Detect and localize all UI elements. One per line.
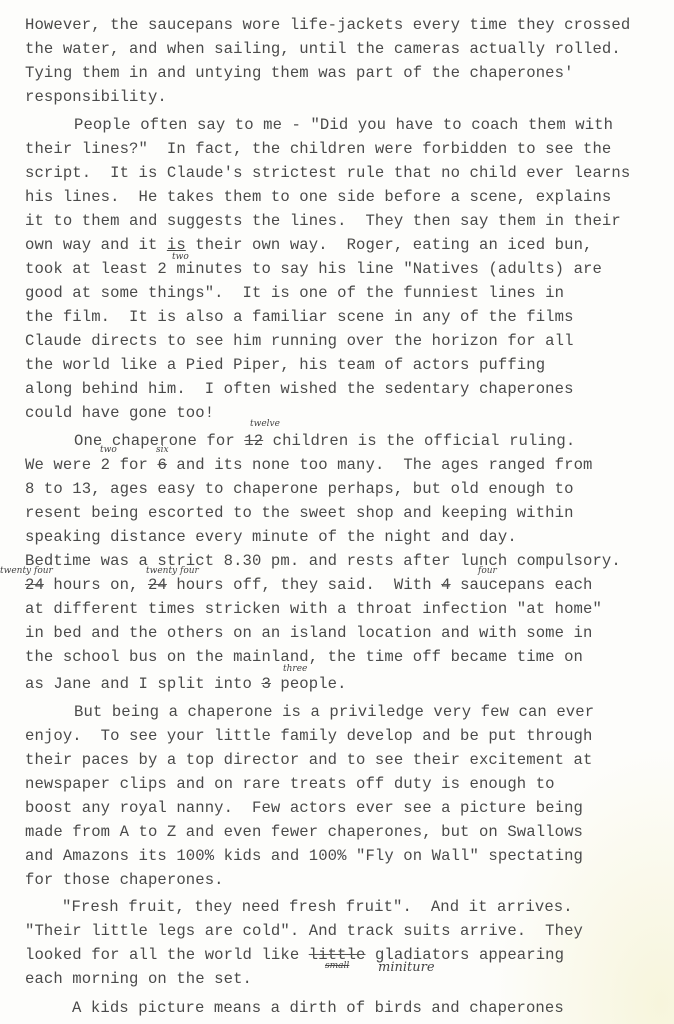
- text-line: his lines. He takes them to one side bef…: [25, 188, 611, 206]
- text-line: One chaperone for 12 children is the off…: [74, 432, 575, 450]
- text-line: the water, and when sailing, until the c…: [25, 40, 621, 58]
- text-segment: and its none too many. The ages ranged f…: [167, 456, 593, 474]
- text-segment: hours on,: [44, 576, 148, 594]
- handwritten-annotation: two: [100, 445, 117, 455]
- text-line: Bedtime was a strict 8.30 pm. and rests …: [25, 552, 621, 570]
- text-line: "Fresh fruit, they need fresh fruit". An…: [62, 898, 573, 916]
- text-line: boost any royal nanny. Few actors ever s…: [25, 799, 583, 817]
- text-line: Claude directs to see him running over t…: [25, 332, 574, 350]
- typewritten-page: However, the saucepans wore life-jackets…: [0, 0, 674, 1024]
- text-line: as Jane and I split into 3 people.: [25, 675, 347, 693]
- text-segment: hours off, they said. With: [167, 576, 441, 594]
- text-line: "Their little legs are cold". And track …: [25, 922, 583, 940]
- handwritten-annotation: four: [478, 566, 497, 576]
- handwritten-annotation: six: [156, 445, 169, 455]
- text-segment: looked for all the world like: [25, 946, 309, 964]
- text-line: enjoy. To see your little family develop…: [25, 727, 592, 745]
- struck-text: 4: [441, 576, 450, 594]
- handwritten-annotation: twenty four: [0, 566, 53, 576]
- text-line: for those chaperones.: [25, 871, 224, 889]
- text-line: However, the saucepans wore life-jackets…: [25, 16, 630, 34]
- text-segment: for: [110, 456, 157, 474]
- text-line: But being a chaperone is a priviledge ve…: [74, 703, 594, 721]
- text-segment: saucepans each: [451, 576, 593, 594]
- struck-text: 6: [157, 456, 166, 474]
- struck-text: 3: [261, 675, 270, 693]
- text-line: looked for all the world like little gla…: [25, 946, 564, 964]
- text-line: People often say to me - "Did you have t…: [74, 116, 613, 134]
- text-line: the film. It is also a familiar scene in…: [25, 308, 574, 326]
- struck-text: 12: [244, 432, 263, 450]
- text-segment: took at least: [25, 260, 157, 278]
- text-line: speaking distance every minute of the ni…: [25, 528, 517, 546]
- struck-text: 24: [25, 576, 44, 594]
- text-line: and Amazons its 100% kids and 100% "Fly …: [25, 847, 583, 865]
- text-line: each morning on the set.: [25, 970, 252, 988]
- handwritten-annotation: twenty four: [146, 566, 199, 576]
- text-line: at different times stricken with a throa…: [25, 600, 602, 618]
- text-line: Tying them in and untying them was part …: [25, 64, 574, 82]
- text-line: 8 to 13, ages easy to chaperone perhaps,…: [25, 480, 574, 498]
- text-line: their paces by a top director and to see…: [25, 751, 592, 769]
- text-line: We were 2 for 6 and its none too many. T…: [25, 456, 593, 474]
- text-segment: children is the official ruling.: [263, 432, 575, 450]
- text-line: own way and it is their own way. Roger, …: [25, 236, 592, 254]
- text-line: 24 hours on, 24 hours off, they said. Wi…: [25, 576, 593, 594]
- text-segment: 2: [101, 456, 110, 474]
- text-line: responsibility.: [25, 88, 167, 106]
- text-line: A kids picture means a dirth of birds an…: [72, 999, 564, 1017]
- text-line: along behind him. I often wished the sed…: [25, 380, 574, 398]
- text-line: took at least 2 minutes to say his line …: [25, 260, 602, 278]
- text-line: the world like a Pied Piper, his team of…: [25, 356, 545, 374]
- handwritten-annotation: miniture: [378, 960, 435, 975]
- text-segment: minutes to say his line "Natives (adults…: [167, 260, 602, 278]
- handwritten-struck-annotation: small: [325, 961, 349, 971]
- text-line: their lines?" In fact, the children were…: [25, 140, 611, 158]
- text-line: good at some things". It is one of the f…: [25, 284, 564, 302]
- text-segment: their own way. Roger, eating an iced bun…: [186, 236, 593, 254]
- text-segment: people.: [271, 675, 347, 693]
- handwritten-annotation: twelve: [250, 419, 280, 429]
- text-line: script. It is Claude's strictest rule th…: [25, 164, 630, 182]
- text-line: in bed and the others on an island locat…: [25, 624, 592, 642]
- text-line: could have gone too!: [25, 404, 214, 422]
- handwritten-annotation: three: [283, 664, 307, 674]
- text-line: it to them and suggests the lines. They …: [25, 212, 621, 230]
- text-line: made from A to Z and even fewer chaperon…: [25, 823, 583, 841]
- text-segment: 2: [157, 260, 166, 278]
- text-segment: We were: [25, 456, 101, 474]
- text-line: newspaper clips and on rare treats off d…: [25, 775, 555, 793]
- text-line: resent being escorted to the sweet shop …: [25, 504, 574, 522]
- text-segment: own way and it: [25, 236, 167, 254]
- handwritten-annotation: two: [172, 252, 189, 262]
- struck-text: 24: [148, 576, 167, 594]
- text-segment: as Jane and I split into: [25, 675, 261, 693]
